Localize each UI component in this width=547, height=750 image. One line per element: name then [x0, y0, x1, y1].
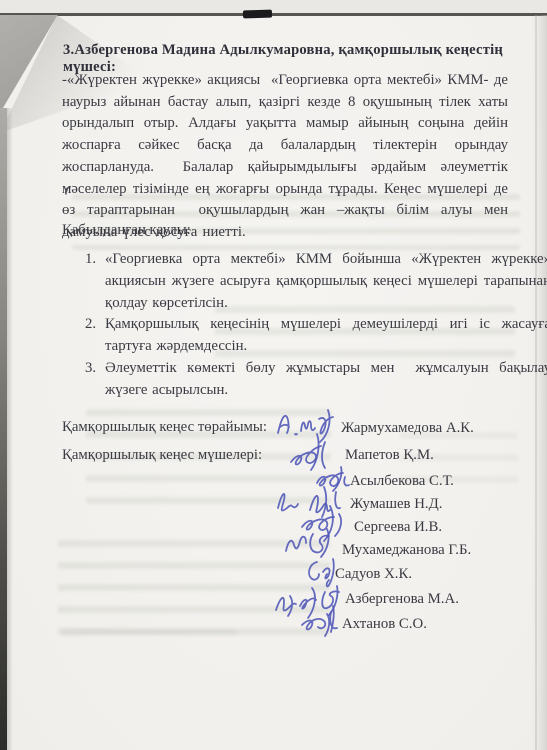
signatory-name: Садуов Х.К.	[335, 566, 412, 583]
resolution-list: «Георгиевка орта мектебі» КММ бойынша «Ж…	[62, 249, 547, 402]
resolution-heading: Қабылданған қаулы:	[62, 222, 191, 239]
signatory-name: Ахтанов С.О.	[342, 616, 427, 633]
scan-artifact-mark	[243, 10, 272, 19]
report-paragraph: -«Жүректен жүрекке» акциясы «Георгиевка …	[62, 70, 508, 244]
resolution-item: Әлеуметтік көмекті бөлу жұмыстары мен жұ…	[105, 358, 547, 402]
pen-artifact-mark	[64, 185, 73, 196]
scanner-top-band	[0, 0, 547, 13]
resolution-item: «Георгиевка орта мектебі» КММ бойынша «Ж…	[105, 249, 547, 314]
bleedthrough-text	[62, 629, 237, 645]
scanner-top-edge-line	[0, 13, 547, 16]
signatory-name: Азбергенова М.А.	[345, 591, 459, 608]
signatory-name: Сергеева И.В.	[354, 519, 442, 536]
scanned-document-page: 3.Азбергенова Мадина Адылкумаровна, қамқ…	[0, 0, 547, 750]
signatory-name: Мухамеджанова Г.Б.	[342, 542, 471, 559]
page-left-edge-shadow	[0, 108, 7, 750]
members-label: Қамқоршылық кеңес мүшелері:	[62, 447, 262, 464]
signature-akhtanov	[296, 603, 346, 641]
resolution-item-text: Әлеуметтік көмекті бөлу жұмыстары мен жұ…	[105, 360, 547, 398]
resolution-item: Қамқоршылық кеңесінің мүшелері демеушіле…	[105, 314, 547, 358]
resolution-item-text: «Георгиевка орта мектебі» КММ бойынша «Ж…	[105, 251, 547, 311]
signatory-name: Асылбекова С.Т.	[350, 473, 454, 490]
resolution-item-text: Қамқоршылық кеңесінің мүшелері демеушіле…	[105, 316, 547, 354]
signatory-name: Мапетов Қ.М.	[345, 447, 434, 464]
signatory-name: Жумашев Н.Д.	[350, 496, 442, 513]
signatory-name: Жармухамедова А.К.	[341, 420, 474, 437]
chair-label: Қамқоршылық кеңес төрайымы:	[62, 419, 267, 436]
